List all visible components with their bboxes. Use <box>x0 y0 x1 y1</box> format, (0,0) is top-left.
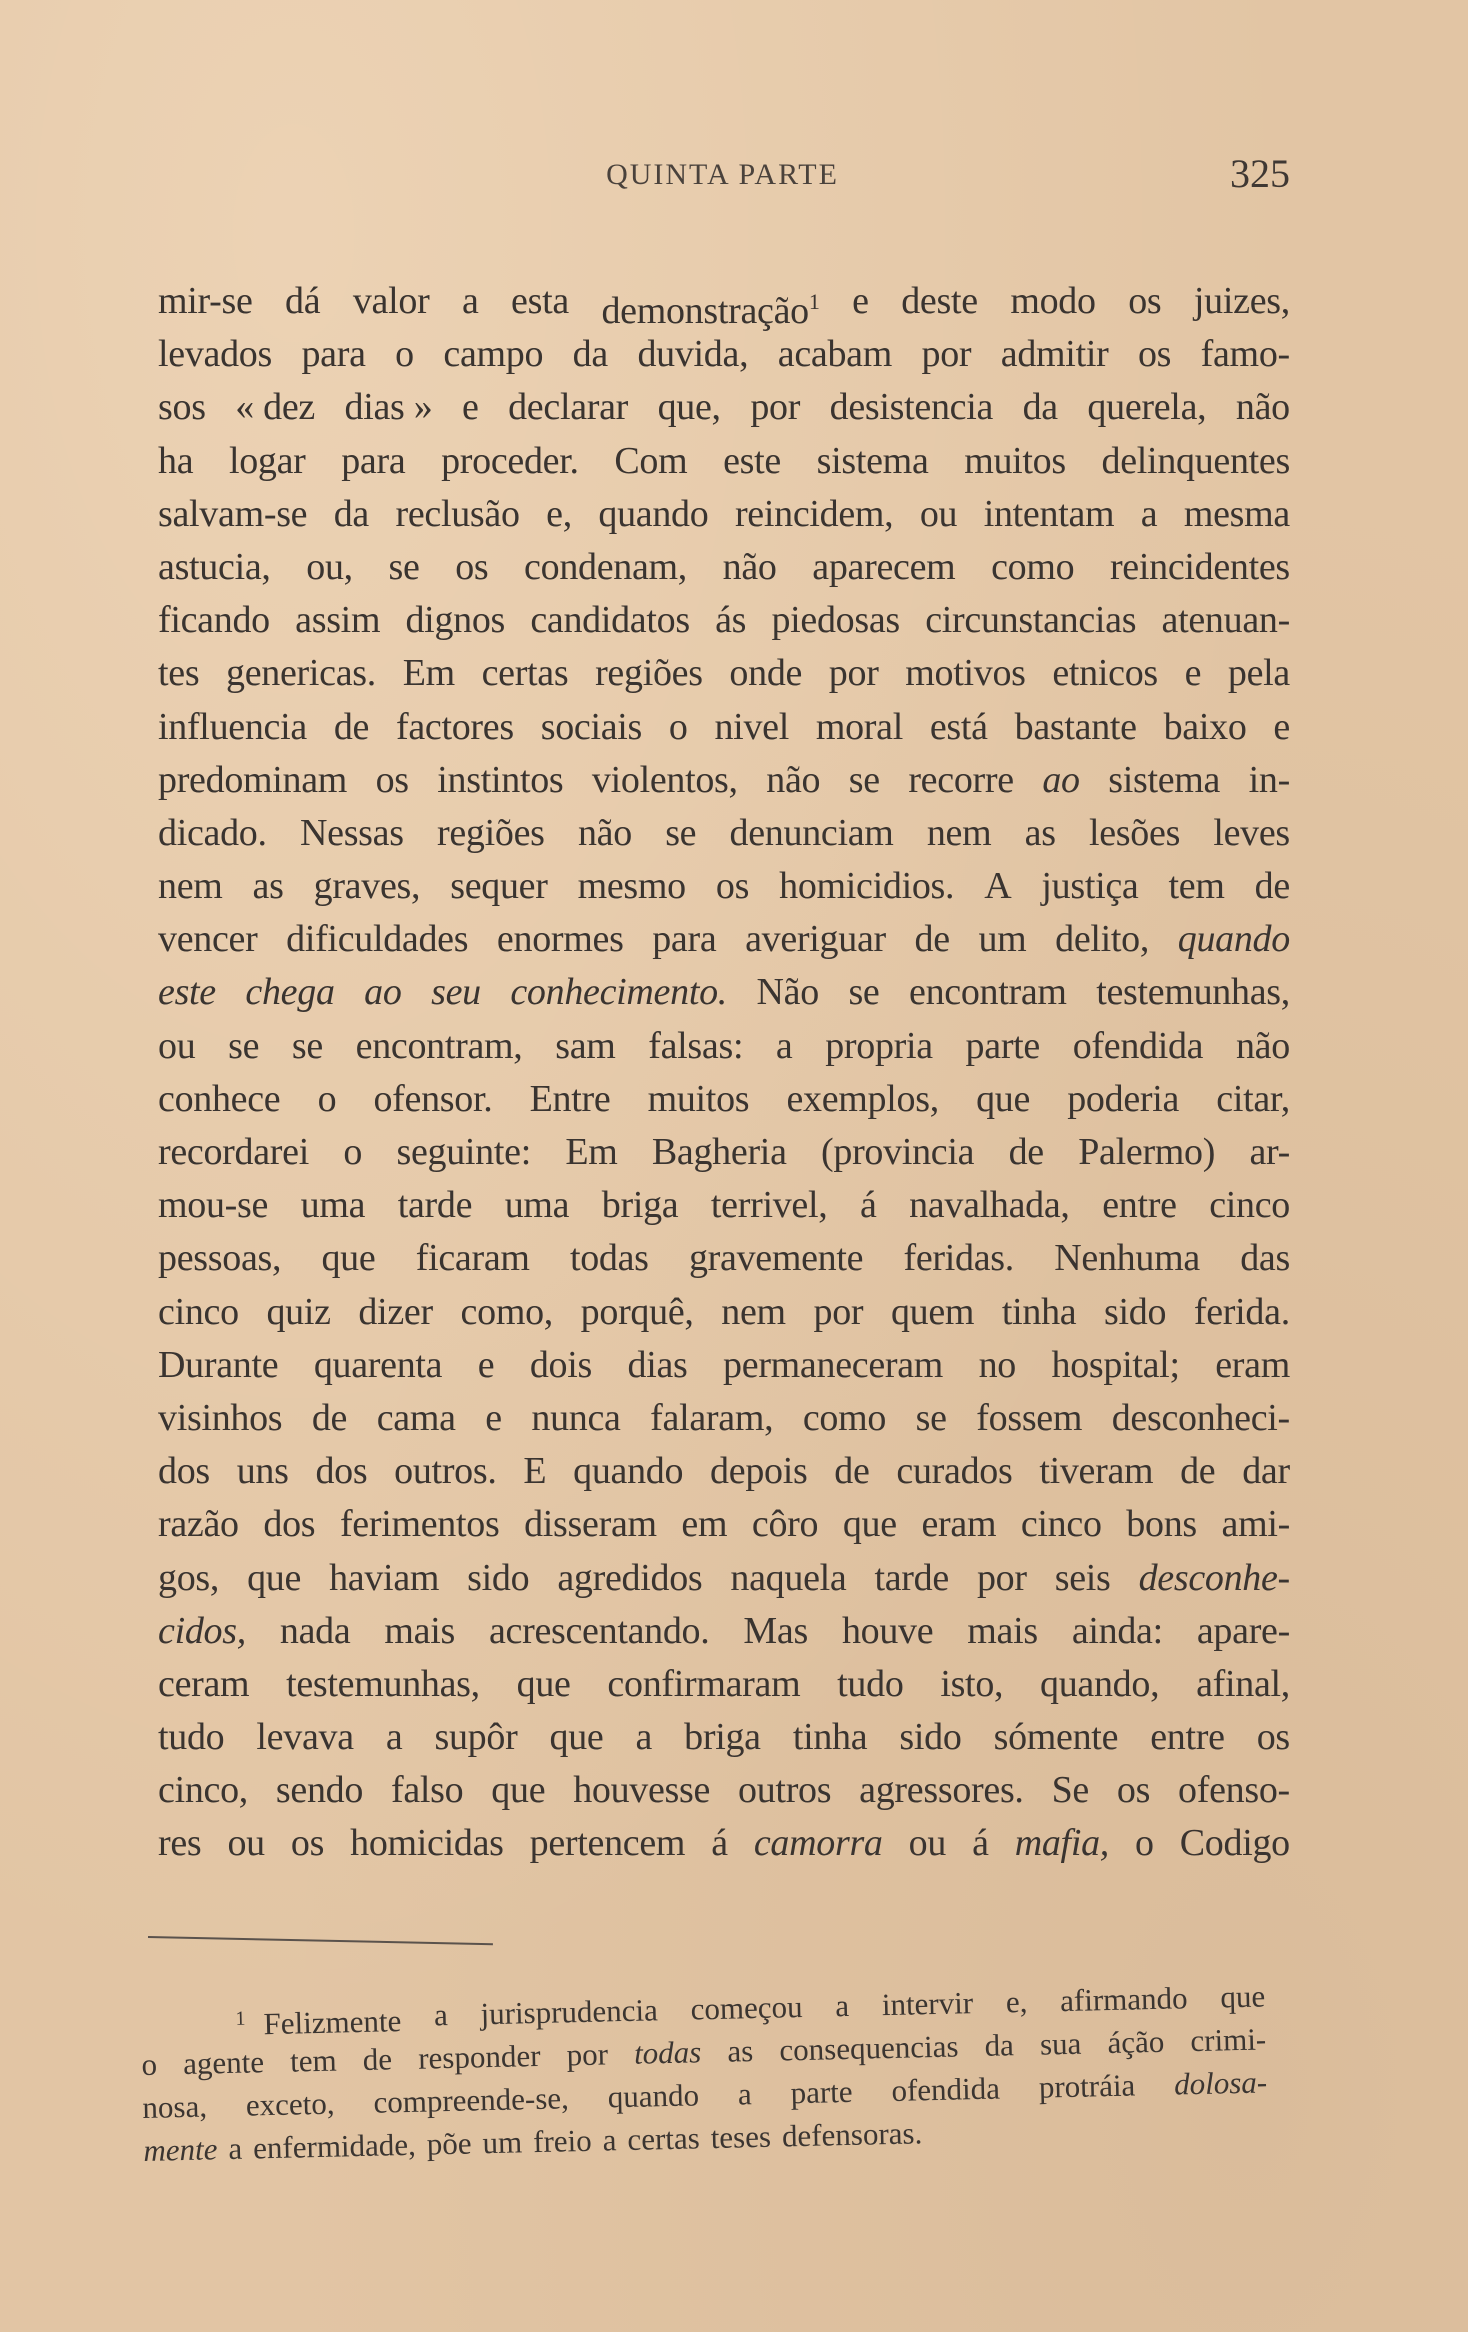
word: isto, <box>940 1658 1003 1711</box>
word: não <box>1236 381 1290 434</box>
word: afirmando <box>1060 1976 1188 2022</box>
word: tinha <box>793 1711 867 1764</box>
word: seis <box>1055 1552 1111 1605</box>
word: gos, <box>158 1552 219 1605</box>
word: tinha <box>1002 1286 1076 1339</box>
word: bons <box>1126 1498 1197 1551</box>
word: cinco, <box>158 1764 248 1817</box>
word: homicidios. <box>779 860 954 913</box>
word: crimi- <box>1190 2017 1267 2062</box>
running-title: QUINTA PARTE <box>155 158 1290 192</box>
word: de <box>362 2037 392 2081</box>
word: quando, <box>1040 1658 1159 1711</box>
word: sistema <box>817 435 929 488</box>
word: candidatos <box>530 594 690 647</box>
word: que <box>517 1658 571 1711</box>
word: de <box>1009 1126 1044 1179</box>
word: dos <box>315 1445 367 1498</box>
word: agressores. <box>859 1764 1023 1817</box>
word: mesma <box>1184 488 1290 541</box>
word: regiões <box>595 647 703 700</box>
word: Codigo <box>1180 1817 1290 1870</box>
word: ofensor. <box>373 1073 492 1126</box>
word: camorra <box>754 1817 883 1870</box>
body-line: tudolevavaasupôrqueabrigatinhasidosóment… <box>158 1711 1290 1764</box>
word: que <box>976 1073 1030 1126</box>
word: hospital; <box>1052 1339 1180 1392</box>
word: juizes, <box>1194 275 1290 328</box>
word: muitos <box>648 1073 750 1126</box>
body-line: conheceoofensor.Entremuitosexemplos,quep… <box>158 1073 1290 1126</box>
word: regiões <box>437 807 545 860</box>
body-line: ceramtestemunhas,queconfirmaramtudoisto,… <box>158 1658 1290 1711</box>
body-line: tesgenericas.Emcertasregiõesondepormotiv… <box>158 647 1290 700</box>
word: mente <box>143 2127 218 2172</box>
word: se <box>665 807 696 860</box>
page-number: 325 <box>1230 150 1290 197</box>
word: da <box>334 488 369 541</box>
word: o <box>318 1073 337 1126</box>
word: ainda: <box>1072 1605 1163 1658</box>
word: á <box>972 1817 989 1870</box>
word: supôr <box>434 1711 517 1764</box>
body-line: recordareioseguinte:EmBagheria(provincia… <box>158 1126 1290 1179</box>
word: nem <box>158 860 223 913</box>
word: tudo <box>837 1658 903 1711</box>
word: delito, <box>1055 913 1149 966</box>
word: como, <box>461 1286 553 1339</box>
body-line: cidos,nadamaisacrescentando.Mashouvemais… <box>158 1605 1290 1658</box>
word: A <box>984 860 1011 913</box>
word: dá <box>285 275 320 328</box>
word: intervir <box>881 1981 973 2026</box>
word: Palermo) <box>1078 1126 1215 1179</box>
word: duvida, <box>637 328 748 381</box>
word: ofendida <box>1073 1020 1204 1073</box>
word: falso <box>391 1764 463 1817</box>
word: reclusão <box>395 488 519 541</box>
word: entre <box>1102 1179 1176 1232</box>
word: se <box>292 1020 323 1073</box>
word: dolosa- <box>1174 2060 1268 2105</box>
word: campo <box>443 328 543 381</box>
word: quiz <box>266 1286 330 1339</box>
scanned-book-page: QUINTA PARTE 325 mir-sedávaloraestademon… <box>0 0 1468 2332</box>
word: depois <box>710 1445 807 1498</box>
word: logar <box>229 435 306 488</box>
word: a <box>228 2127 243 2170</box>
word: dignos <box>405 594 505 647</box>
word: fossem <box>976 1392 1082 1445</box>
word: sómente <box>994 1711 1119 1764</box>
word: mais <box>967 1605 1038 1658</box>
word: jurisprudencia <box>480 1988 658 2035</box>
word: agredidos <box>557 1552 702 1605</box>
word: falaram, <box>650 1392 773 1445</box>
word: ou <box>227 1817 264 1870</box>
word: atenuan- <box>1162 594 1290 647</box>
word: põe <box>426 2122 472 2166</box>
word: a <box>433 1993 448 2036</box>
word: os <box>291 1817 324 1870</box>
word: eram <box>1215 1339 1290 1392</box>
body-line: Durantequarentaedoisdiaspermaneceramnoho… <box>158 1339 1290 1392</box>
word: testemunhas, <box>286 1658 480 1711</box>
word: cinco <box>1209 1179 1290 1232</box>
word: disseram <box>524 1498 657 1551</box>
word: condenam, <box>524 541 687 594</box>
word: encontram, <box>356 1020 523 1073</box>
word: delinquentes <box>1102 435 1290 488</box>
word: ou, <box>306 541 353 594</box>
word: freio <box>533 2119 592 2163</box>
word: Com <box>614 435 687 488</box>
word: feridas. <box>903 1232 1014 1285</box>
word: as <box>727 2029 754 2073</box>
word: in- <box>1249 754 1290 807</box>
body-line: predominamosinstintosviolentos,nãosereco… <box>158 754 1290 807</box>
word: ao <box>364 966 401 1019</box>
word: de <box>1255 860 1290 913</box>
word: bastante <box>1015 701 1137 754</box>
word: de <box>915 913 950 966</box>
word: ou <box>920 488 957 541</box>
word: sendo <box>276 1764 363 1817</box>
word: naquela <box>730 1552 846 1605</box>
word: famo- <box>1201 328 1290 381</box>
word: mafia, <box>1015 1817 1109 1870</box>
word: dos <box>263 1498 315 1551</box>
word: os <box>455 541 488 594</box>
word: não <box>766 754 820 807</box>
word: Em <box>565 1126 617 1179</box>
word: parte <box>966 1020 1040 1073</box>
word: a <box>1141 488 1158 541</box>
word: á <box>860 1179 877 1232</box>
body-line: razãodosferimentosdisseramemcôroqueeramc… <box>158 1498 1290 1551</box>
word: consequencias <box>779 2024 959 2071</box>
word: sido <box>899 1711 961 1764</box>
word: predominam <box>158 754 347 807</box>
word: deste <box>901 275 978 328</box>
body-line: levadosparaocampodaduvida,acabamporadmit… <box>158 328 1290 381</box>
word: uma <box>505 1179 570 1232</box>
word: sido <box>1104 1286 1166 1339</box>
word: exemplos, <box>786 1073 938 1126</box>
word: teses <box>710 2115 771 2159</box>
word: das <box>1240 1232 1290 1285</box>
word: que <box>321 1232 375 1285</box>
word: tarde <box>874 1552 948 1605</box>
word: confirmaram <box>607 1658 800 1711</box>
body-line: estechegaaoseuconhecimento.Nãoseencontra… <box>158 966 1290 1019</box>
word: assim <box>295 594 380 647</box>
word: declarar <box>508 381 628 434</box>
word: nem <box>927 807 992 860</box>
word: tarde <box>398 1179 472 1232</box>
word: começou <box>690 1985 803 2031</box>
word: intentam <box>984 488 1115 541</box>
word: um <box>482 2120 523 2164</box>
body-line: pessoas,queficaramtodasgravementeferidas… <box>158 1232 1290 1285</box>
word: reincidentes <box>1110 541 1290 594</box>
word: que <box>491 1764 545 1817</box>
word: Bagheria <box>652 1126 787 1179</box>
word: afinal, <box>1196 1658 1290 1711</box>
word: e <box>485 1392 502 1445</box>
word: a <box>737 2072 752 2115</box>
word: genericas. <box>226 647 376 700</box>
word: navalhada, <box>909 1179 1070 1232</box>
word: o <box>1135 1817 1154 1870</box>
word: chega <box>245 966 334 1019</box>
running-head: QUINTA PARTE 325 <box>155 150 1290 200</box>
body-text: mir-sedávaloraestademonstração1edestemod… <box>158 275 1290 1871</box>
word: sua <box>1040 2022 1082 2066</box>
word: e <box>462 381 479 434</box>
word: graves, <box>314 860 421 913</box>
word: modo <box>1010 275 1095 328</box>
word: quando <box>573 1445 683 1498</box>
word: por <box>566 2032 608 2076</box>
body-line: resouoshomicidaspertencemácamorraouámafi… <box>158 1817 1290 1870</box>
body-line: salvam-sedareclusãoe,quandoreincidem,oui… <box>158 488 1290 541</box>
word: os <box>376 754 409 807</box>
body-line: ficandoassimdignoscandidatosáspiedosasci… <box>158 594 1290 647</box>
word: o <box>395 328 414 381</box>
word: ami- <box>1222 1498 1290 1551</box>
body-line: sos« dezdias »edeclararque,pordesistenci… <box>158 381 1290 434</box>
word: mais <box>384 1605 455 1658</box>
word: este <box>723 435 781 488</box>
word: quarenta <box>314 1339 442 1392</box>
word: dias <box>628 1339 688 1392</box>
word: recordarei <box>158 1126 309 1179</box>
word: ficaram <box>416 1232 530 1285</box>
word: se <box>228 1020 259 1073</box>
word: a <box>835 1984 850 2027</box>
word: ficando <box>158 594 270 647</box>
word: conhecimento. <box>510 966 727 1019</box>
word: mir-se <box>158 275 253 328</box>
word: baixo <box>1164 701 1247 754</box>
word: « dez <box>235 381 315 434</box>
word: protráia <box>1038 2063 1135 2108</box>
word: ceram <box>158 1658 249 1711</box>
word: ferimentos <box>340 1498 500 1551</box>
word: astucia, <box>158 541 271 594</box>
word: todas <box>570 1232 649 1285</box>
word: esta <box>511 275 569 328</box>
word: se <box>389 541 420 594</box>
word: defensoras. <box>781 2111 922 2157</box>
body-line: astucia,ou,seoscondenam,nãoaparecemcomor… <box>158 541 1290 594</box>
word: influencia <box>158 701 307 754</box>
word: terrivel, <box>711 1179 828 1232</box>
word: conhece <box>158 1073 280 1126</box>
word: quando <box>1178 913 1290 966</box>
word: que, <box>658 381 721 434</box>
word: 1Felizmente <box>235 1994 402 2041</box>
word: á <box>711 1817 728 1870</box>
word: que <box>1220 1974 1266 2018</box>
word: que <box>843 1498 897 1551</box>
word: sequer <box>450 860 547 913</box>
word: agente <box>183 2040 265 2085</box>
word: etnicos <box>1052 647 1158 700</box>
word: como <box>803 1392 886 1445</box>
word: os <box>1128 275 1161 328</box>
word: de <box>334 701 369 754</box>
word: tiveram <box>1039 1445 1153 1498</box>
word: ou <box>909 1817 946 1870</box>
word: entre <box>1150 1711 1224 1764</box>
word: o <box>343 1126 362 1179</box>
word: o <box>141 2043 157 2086</box>
word: este <box>158 966 216 1019</box>
word: se <box>916 1392 947 1445</box>
word: em <box>681 1498 727 1551</box>
word: áção <box>1107 2020 1165 2064</box>
word: violentos, <box>592 754 738 807</box>
word: cinco <box>158 1286 239 1339</box>
word: dicado. <box>158 807 267 860</box>
word: sos <box>158 381 206 434</box>
word: motivos <box>905 647 1025 700</box>
word: curados <box>896 1445 1012 1498</box>
word: permaneceram <box>723 1339 943 1392</box>
word: poderia <box>1067 1073 1179 1126</box>
word: por <box>750 381 800 434</box>
word: citar, <box>1216 1073 1290 1126</box>
word: pertencem <box>530 1817 686 1870</box>
word: que <box>247 1552 301 1605</box>
body-line: mir-sedávaloraestademonstração1edestemod… <box>158 275 1290 328</box>
word: enfermidade, <box>253 2123 417 2170</box>
body-line: mou-seumatardeumabrigaterrivel,ánavalhad… <box>158 1179 1290 1232</box>
word: os <box>1138 328 1171 381</box>
word: Não <box>757 966 819 1019</box>
word: falsas: <box>648 1020 743 1073</box>
word: não <box>723 541 777 594</box>
body-line: cincoquizdizercomo,porquê,nemporquemtinh… <box>158 1286 1290 1339</box>
word: da <box>573 328 608 381</box>
word: por <box>977 1552 1027 1605</box>
word: a <box>462 275 479 328</box>
word: e, <box>546 488 572 541</box>
word: pessoas, <box>158 1232 281 1285</box>
word: proceder. <box>441 435 579 488</box>
word: aparecem <box>812 541 955 594</box>
word: seguinte: <box>396 1126 531 1179</box>
word: moral <box>816 701 903 754</box>
word: dificuldades <box>286 913 468 966</box>
word: dois <box>530 1339 592 1392</box>
word: enormes <box>497 913 624 966</box>
word: se <box>849 754 880 807</box>
word: valor <box>353 275 430 328</box>
word: dias » <box>345 381 433 434</box>
word: a <box>636 1711 653 1764</box>
word: e <box>478 1339 495 1392</box>
word: ás <box>715 594 746 647</box>
word: nunca <box>531 1392 620 1445</box>
word: não <box>578 807 632 860</box>
word: da <box>1023 381 1058 434</box>
word: testemunhas, <box>1096 966 1290 1019</box>
word: eram <box>921 1498 996 1551</box>
word: Nenhuma <box>1054 1232 1200 1285</box>
word: levava <box>256 1711 353 1764</box>
word: da <box>984 2023 1014 2067</box>
word: e <box>1185 647 1202 700</box>
word: res <box>158 1817 201 1870</box>
word: briga <box>602 1179 679 1232</box>
word: parte <box>790 2070 853 2114</box>
body-line: visinhosdecamaenuncafalaram,comosefossem… <box>158 1392 1290 1445</box>
word: para <box>341 435 405 488</box>
word: no <box>979 1339 1016 1392</box>
word: querela, <box>1087 381 1206 434</box>
word: homicidas <box>350 1817 504 1870</box>
word: demonstração1 <box>601 275 819 328</box>
word: de <box>1180 1445 1215 1498</box>
word: uma <box>301 1179 366 1232</box>
word: compreende-se, <box>373 2076 569 2123</box>
word: para <box>652 913 716 966</box>
word: quando <box>598 488 708 541</box>
word: exceto, <box>245 2082 335 2127</box>
word: admitir <box>1001 328 1109 381</box>
word: ar- <box>1249 1126 1290 1179</box>
word: acrescentando. <box>489 1605 710 1658</box>
word: muitos <box>964 435 1066 488</box>
word: factores <box>396 701 514 754</box>
word: as <box>1025 807 1056 860</box>
word: que <box>550 1711 604 1764</box>
word: denunciam <box>730 807 894 860</box>
body-line: nemasgraves,sequermesmooshomicidios.Ajus… <box>158 860 1290 913</box>
word: as <box>253 860 284 913</box>
word: como <box>991 541 1074 594</box>
word: nada <box>280 1605 351 1658</box>
word: desconheci- <box>1112 1392 1290 1445</box>
word: tem <box>1169 860 1225 913</box>
word: e <box>852 275 869 328</box>
word: uns <box>237 1445 289 1498</box>
word: todas <box>634 2030 702 2075</box>
word: ofenso- <box>1178 1764 1290 1817</box>
word: por <box>829 647 879 700</box>
word: apare- <box>1197 1605 1290 1658</box>
word: Nessas <box>300 807 404 860</box>
word: para <box>301 328 365 381</box>
body-line: influenciadefactoressociaisonivelmorales… <box>158 701 1290 754</box>
word: quem <box>891 1286 974 1339</box>
word: certas <box>627 2116 700 2161</box>
word: os <box>1257 1711 1290 1764</box>
word: piedosas <box>771 594 899 647</box>
body-line: vencerdificuldadesenormesparaaveriguarde… <box>158 913 1290 966</box>
word: de <box>834 1445 869 1498</box>
word: circunstancias <box>925 594 1136 647</box>
word: recorre <box>908 754 1013 807</box>
body-line: gos,quehaviamsidoagredidosnaquelatardepo… <box>158 1552 1290 1605</box>
word: cinco <box>1021 1498 1102 1551</box>
word: houvesse <box>573 1764 710 1817</box>
word: tes <box>158 647 199 700</box>
word: visinhos <box>158 1392 282 1445</box>
